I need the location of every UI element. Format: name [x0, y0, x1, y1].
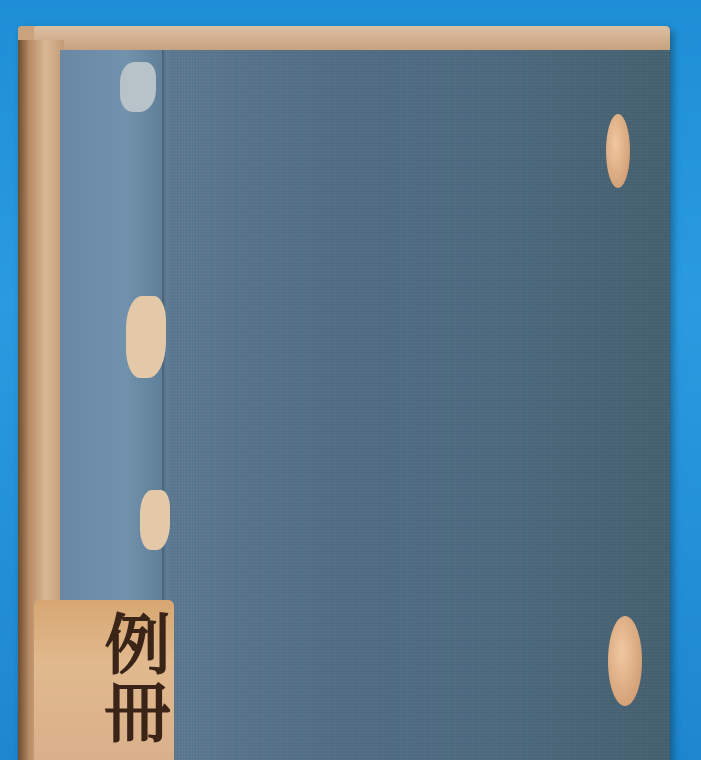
book-top-edge	[34, 26, 670, 50]
worn-patch	[126, 296, 166, 378]
title-label-text: 例冊	[48, 610, 168, 746]
faded-patch	[120, 62, 156, 112]
photo-scene: 例冊	[0, 0, 701, 760]
binding-tab	[606, 114, 630, 188]
binding-tab	[608, 616, 642, 706]
worn-patch	[140, 490, 170, 550]
